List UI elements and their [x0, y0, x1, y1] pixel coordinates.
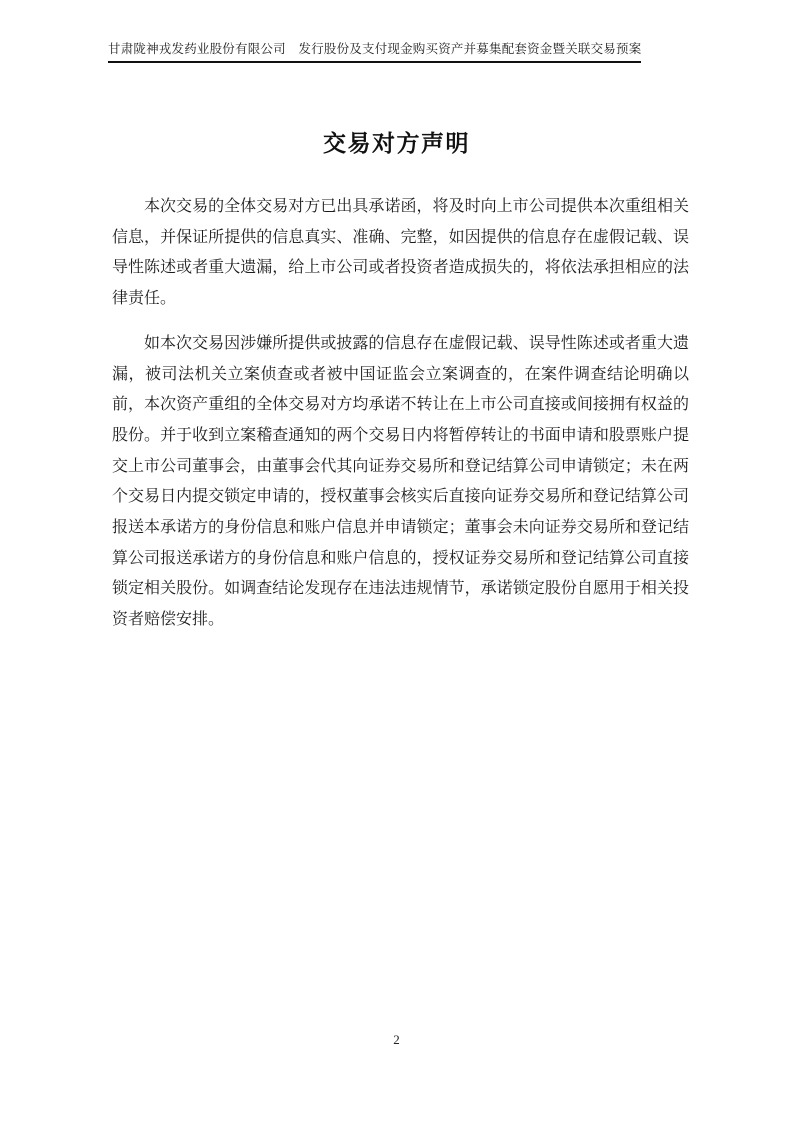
paragraph: 如本次交易因涉嫌所提供或披露的信息存在虚假记载、误导性陈述或者重大遗漏，被司法机…	[112, 329, 689, 636]
document-page: 甘肃陇神戎发药业股份有限公司 发行股份及支付现金购买资产并募集配套资金暨关联交易…	[0, 0, 793, 1122]
page-number: 2	[0, 1032, 793, 1048]
running-header: 甘肃陇神戎发药业股份有限公司 发行股份及支付现金购买资产并募集配套资金暨关联交易…	[108, 41, 693, 63]
paragraph: 本次交易的全体交易对方已出具承诺函，将及时向上市公司提供本次重组相关信息，并保证…	[112, 192, 689, 315]
document-body: 本次交易的全体交易对方已出具承诺函，将及时向上市公司提供本次重组相关信息，并保证…	[112, 192, 689, 650]
running-header-text: 甘肃陇神戎发药业股份有限公司 发行股份及支付现金购买资产并募集配套资金暨关联交易…	[108, 41, 641, 63]
section-title: 交易对方声明	[0, 125, 793, 158]
